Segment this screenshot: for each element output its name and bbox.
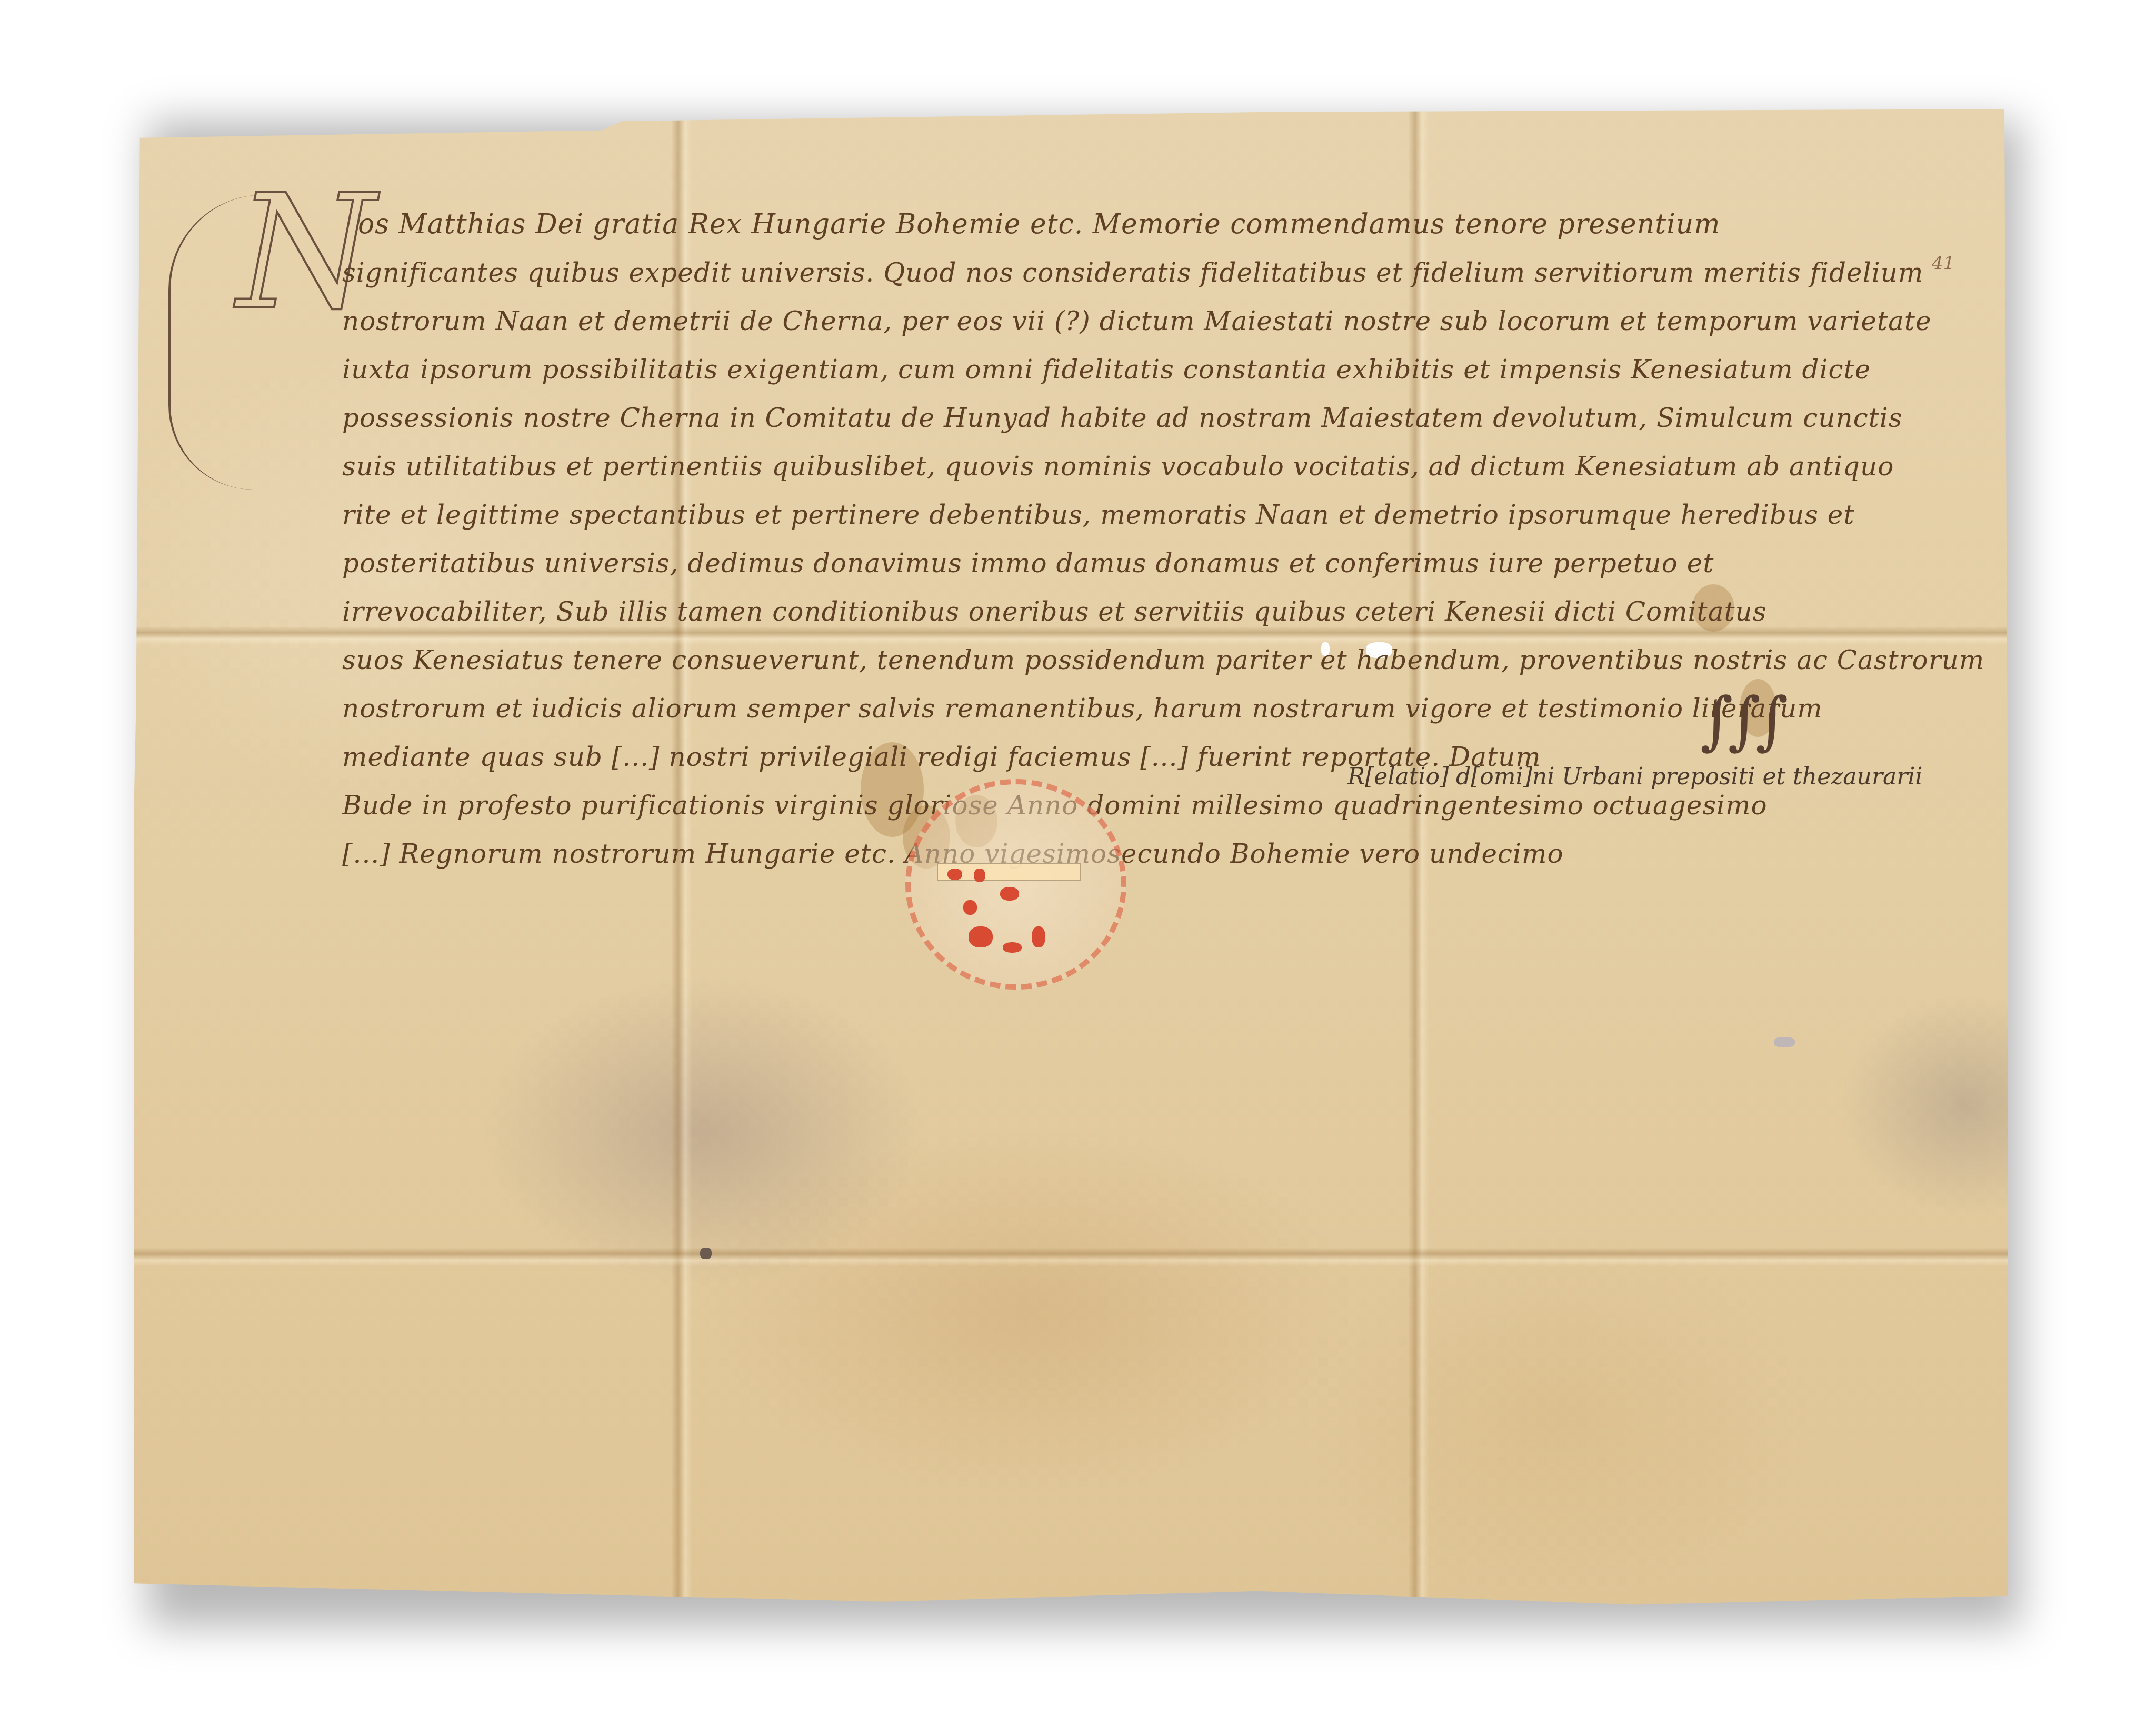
- margin-note: 41: [1932, 253, 1954, 274]
- parchment-hole: [1774, 1037, 1795, 1047]
- charter-line: significantes quibus expedit universis. …: [342, 248, 1895, 297]
- charter-line: suos Kenesiatus tenere consueverunt, ten…: [342, 636, 1895, 684]
- charter-line: nostrorum et iudicis aliorum semper salv…: [342, 684, 1895, 733]
- charter-line: os Matthias Dei gratia Rex Hungarie Bohe…: [342, 200, 1895, 248]
- seal-wax-fragment: [947, 869, 962, 880]
- closing-flourish: ∫∫∫: [1700, 684, 1783, 757]
- horizontal-fold-lower: [134, 1248, 2008, 1266]
- charter-line: possessionis nostre Cherna in Comitatu d…: [342, 394, 1895, 442]
- seal-wax-fragment: [1000, 887, 1019, 901]
- charter-line: nostrorum Naan et demetrii de Cherna, pe…: [342, 297, 1895, 345]
- chancery-note-signature: R[elatio] d[omi]ni Urbani prepositi et t…: [1347, 763, 1922, 790]
- seal-impression: [905, 779, 1126, 990]
- seal-wax-fragment: [1003, 942, 1022, 953]
- charter-line: irrevocabiliter, Sub illis tamen conditi…: [342, 587, 1895, 636]
- seal-wax-fragment: [1032, 926, 1045, 947]
- charter-line: iuxta ipsorum possibilitatis exigentiam,…: [342, 345, 1895, 394]
- charter-line: rite et legittime spectantibus et pertin…: [342, 491, 1895, 539]
- seal-wax-fragment: [969, 926, 993, 947]
- charter-line: posteritatibus universis, dedimus donavi…: [342, 539, 1895, 587]
- seal-wax-fragment: [974, 869, 985, 882]
- seal-wax-fragment: [963, 900, 977, 915]
- charter-line: suis utilitatibus et pertinentiis quibus…: [342, 442, 1895, 491]
- parchment-hole: [700, 1248, 712, 1259]
